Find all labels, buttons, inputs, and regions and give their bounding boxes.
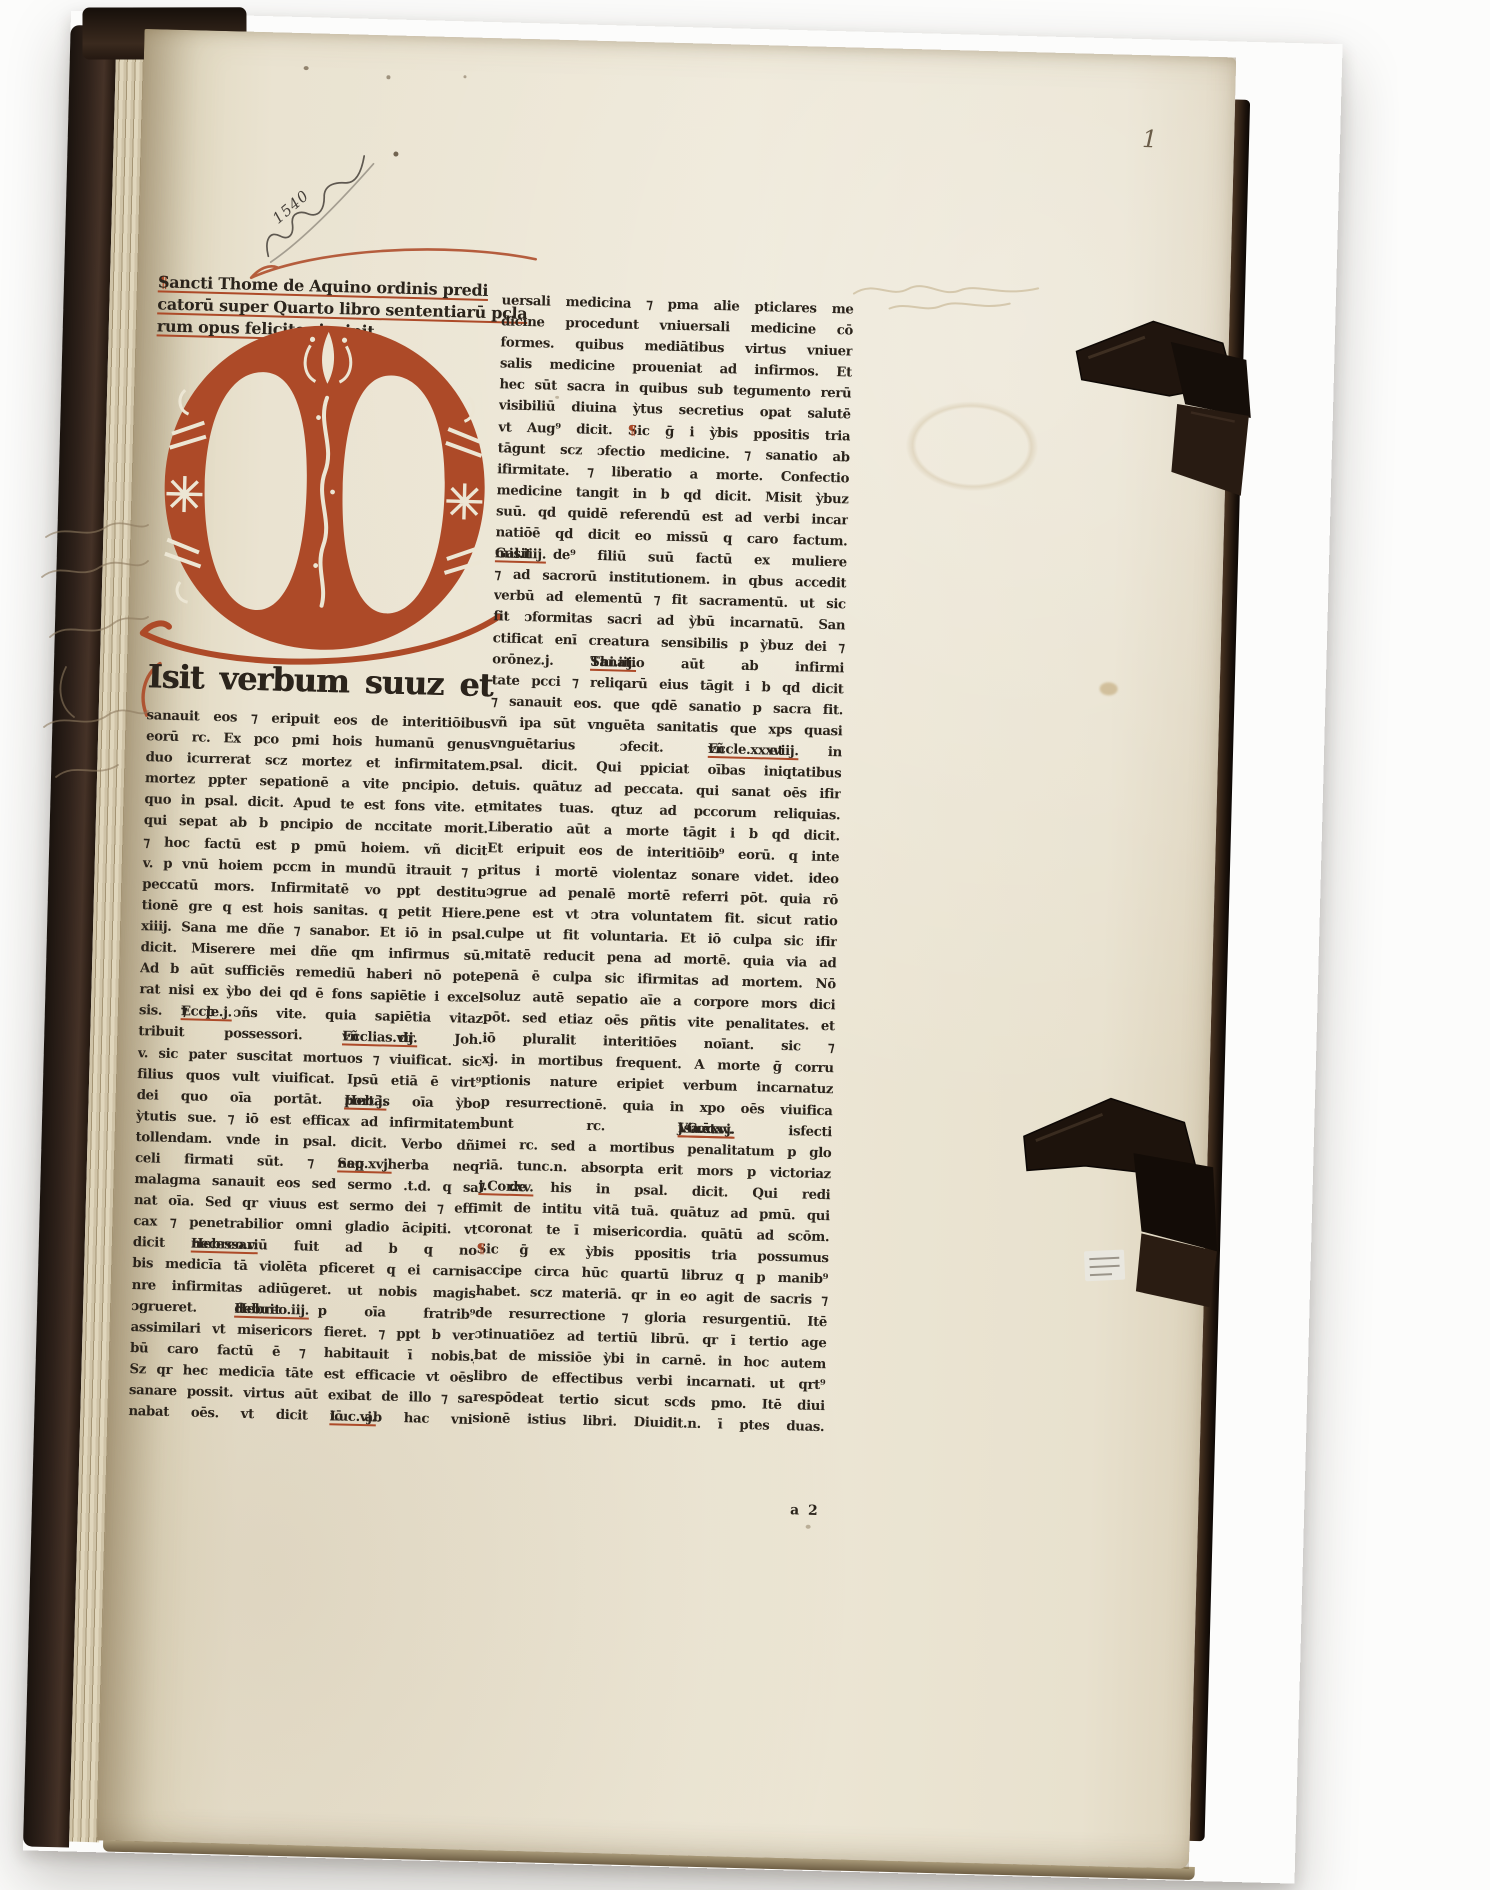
incipit-line: Isit verbum suuz et: [147, 651, 493, 712]
decorated-initial-m: [152, 315, 497, 670]
foxing-spot: [386, 75, 390, 79]
ownership-inscription: 1540: [248, 125, 385, 242]
text-column-left: sanauit eos ⁊ eripuit eos de interitiōib…: [128, 705, 491, 1431]
foxing-spot: [806, 1525, 811, 1529]
book: 1 ¶ Sancti Thome de Aquino ordinis predi…: [23, 11, 1343, 1884]
photograph-of-incunable-page: 1 ¶ Sancti Thome de Aquino ordinis predi…: [0, 0, 1490, 1890]
rubric-mark: ¶: [628, 420, 637, 441]
shelfmark-sticker: [1084, 1250, 1125, 1282]
rubricated-citation: Luc.vj.: [329, 1406, 376, 1428]
rubricated-citation: Heb.j.: [344, 1090, 387, 1112]
recto-page: 1 ¶ Sancti Thome de Aquino ordinis predi…: [97, 29, 1236, 1869]
rubricated-citation: Ecclias.vij.: [342, 1027, 418, 1050]
rubricated-citation: Sap.xvj.: [337, 1153, 392, 1176]
foxing-spot: [555, 396, 559, 399]
clasp-bottom: [1017, 1088, 1233, 1318]
faint-inscription: [849, 265, 1046, 326]
foxing-spot: [393, 151, 398, 156]
rubric-mark: ¶: [476, 1239, 485, 1260]
rubricated-citation: Gal.iiij.: [495, 543, 547, 565]
rubricated-citation: Hebreo.v.: [191, 1234, 258, 1257]
rubricated-citation: j.Cor.xv.: [478, 1176, 534, 1199]
foxing-spot: [304, 66, 309, 70]
marginalia-handwriting: [36, 515, 154, 815]
signature-mark: a 2: [790, 1502, 820, 1519]
rubricated-citation: Isa.xxvj.: [678, 1118, 735, 1141]
rubricated-citation: Eccle.xxxviij.: [708, 739, 799, 762]
rubricated-citation: Eccle.j.: [181, 1001, 233, 1023]
clasp-top: [1070, 309, 1255, 519]
foxing-spot: [463, 75, 466, 78]
folio-number: 1: [1142, 125, 1183, 154]
rubricated-citation: Hebreo.iij.: [234, 1298, 309, 1321]
rubricated-citation: ij.Cor.: [834, 1038, 835, 1059]
rubricated-citation: Thi.iij.: [590, 651, 637, 673]
wax-stain: [1100, 682, 1118, 695]
stain-ring: [901, 397, 1043, 496]
text-column-right: uersali medicina ⁊ pma alie pticlares me…: [472, 290, 854, 1438]
